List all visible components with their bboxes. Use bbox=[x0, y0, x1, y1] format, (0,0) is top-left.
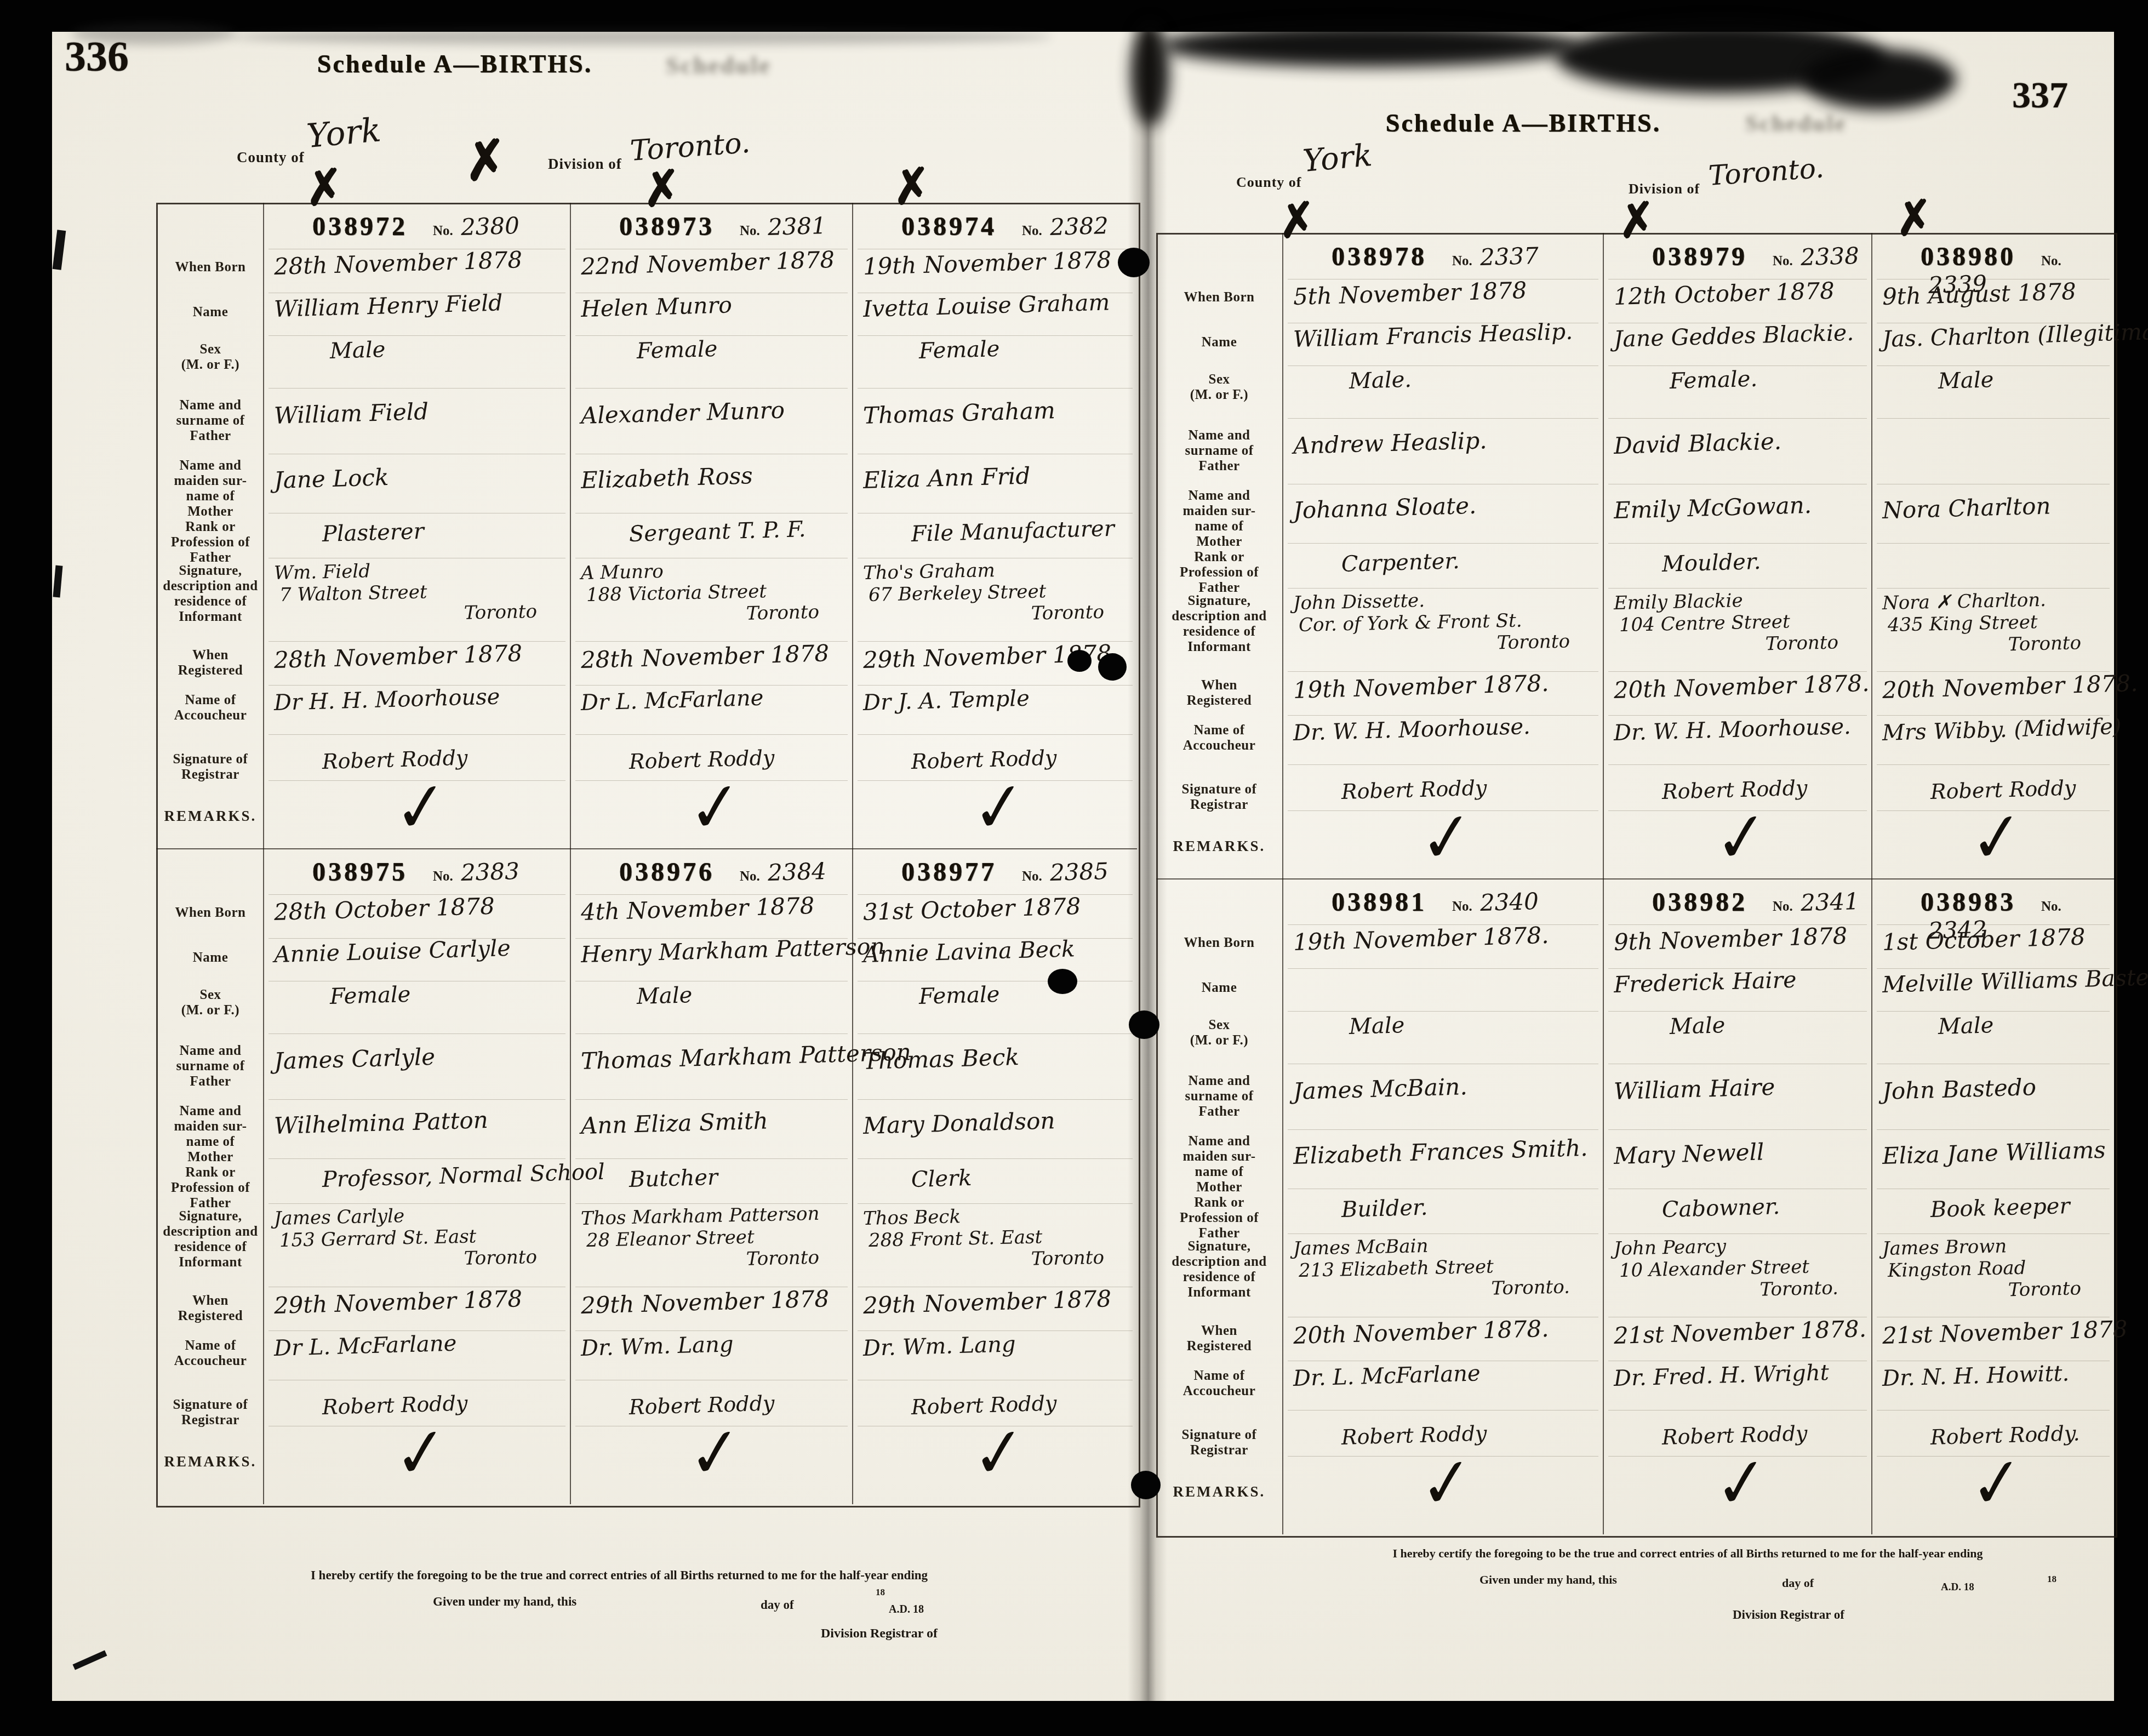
sex-value: Male bbox=[636, 983, 693, 1009]
field-label-line: Name bbox=[1158, 980, 1280, 996]
ruled-line bbox=[858, 335, 1133, 336]
field-label-line: Father bbox=[159, 429, 262, 444]
field-label-line: Name of bbox=[159, 693, 262, 708]
father-name-value: John Bastedo bbox=[1882, 1073, 2036, 1105]
father-profession: Builder. bbox=[1284, 1197, 1601, 1223]
mother-name: Jane Lock bbox=[265, 467, 568, 494]
father-profession-value: Professor, Normal School bbox=[322, 1160, 605, 1192]
field-label-line: Sex bbox=[159, 987, 262, 1003]
field-label-line: Name and bbox=[1158, 488, 1280, 504]
field-label-line: Sex bbox=[159, 342, 262, 357]
field-label: Name ofAccoucheur bbox=[1158, 1368, 1280, 1399]
ruled-line bbox=[268, 981, 565, 981]
child-name-value: Annie Louise Carlyle bbox=[273, 935, 511, 968]
birth-record-cell: 038978No.23375th November 1878William Fr… bbox=[1284, 237, 1601, 862]
ruled-line bbox=[1608, 1129, 1867, 1130]
field-label-line: Registered bbox=[1158, 1339, 1280, 1354]
when-born: 12th October 1878 bbox=[1605, 283, 1869, 310]
ruled-line bbox=[1288, 764, 1598, 765]
record-no-value: 2380 bbox=[460, 212, 519, 241]
field-label-line: name of bbox=[159, 489, 262, 504]
field-label-line: Rank or bbox=[1158, 1195, 1280, 1210]
mother-name-value: Mary Donaldson bbox=[862, 1107, 1055, 1139]
field-label-line: Registered bbox=[1158, 693, 1280, 709]
when-registered-value: 20th November 1878. bbox=[1882, 670, 2138, 704]
field-label: Name andsurname ofFather bbox=[159, 1043, 262, 1089]
check-flourish: ✗ bbox=[1275, 191, 1319, 249]
sex-value: Female bbox=[636, 336, 718, 364]
field-label-line: When Born bbox=[159, 905, 262, 921]
father-name: John Bastedo bbox=[1873, 1078, 2112, 1105]
ruled-line bbox=[1608, 366, 1867, 366]
field-label: Signature ofRegistrar bbox=[1158, 1427, 1280, 1458]
ruled-line bbox=[1288, 715, 1598, 716]
field-label: REMARKS. bbox=[1158, 838, 1280, 854]
remarks: ✓ bbox=[265, 781, 568, 833]
field-label-line: (M. or F.) bbox=[1158, 1033, 1280, 1048]
father-name: Thomas Beck bbox=[854, 1048, 1135, 1075]
ruled-line bbox=[858, 1380, 1133, 1380]
field-label-line: Name and bbox=[1158, 1134, 1280, 1149]
ruled-line bbox=[268, 1158, 565, 1159]
ruled-line bbox=[575, 1380, 848, 1380]
informant: James BrownKingston RoadToronto bbox=[1873, 1238, 2112, 1304]
mother-name: Elizabeth Frances Smith. bbox=[1284, 1143, 1601, 1169]
field-label-line: (M. or F.) bbox=[159, 357, 262, 373]
field-label-line: maiden sur- bbox=[159, 473, 262, 489]
field-label-column: When BornNameSex(M. or F.)Name andsurnam… bbox=[159, 853, 262, 1477]
mother-name: Johanna Sloate. bbox=[1284, 497, 1601, 524]
ruled-line bbox=[1877, 1129, 2110, 1130]
father-name-value: Alexander Munro bbox=[580, 397, 785, 429]
field-label-line: Name and bbox=[159, 458, 262, 473]
child-name-value: Helen Munro bbox=[580, 292, 732, 322]
ruled-line bbox=[1877, 1064, 2110, 1064]
father-name: James McBain. bbox=[1284, 1078, 1601, 1105]
record-id-row: 038978No.2337 bbox=[1284, 242, 1601, 272]
ruled-line bbox=[575, 981, 848, 981]
ruled-line bbox=[1608, 543, 1867, 544]
field-label-line: Name of bbox=[159, 1338, 262, 1354]
remarks-checkmark: ✓ bbox=[970, 776, 1027, 838]
accoucheur-name: Dr. W. H. Moorhouse. bbox=[1284, 721, 1601, 746]
sex: Male. bbox=[1284, 369, 1601, 394]
accoucheur-name: Dr. W. H. Moorhouse. bbox=[1605, 721, 1869, 746]
birth-record-cell: 038972No.238028th November 1878William H… bbox=[265, 207, 568, 832]
field-label-line: Accoucheur bbox=[159, 1354, 262, 1369]
ruled-line bbox=[858, 454, 1133, 454]
record-id-stamp: 038983 bbox=[1921, 888, 2016, 917]
father-name: William Haire bbox=[1605, 1078, 1869, 1105]
informant-line: Toronto. bbox=[1614, 1276, 1870, 1304]
father-profession: Butcher bbox=[572, 1167, 850, 1192]
father-profession-value: Carpenter. bbox=[1341, 549, 1460, 577]
field-label-line: Registered bbox=[159, 1309, 262, 1324]
field-label: Name andmaiden sur-name ofMother bbox=[1158, 1134, 1280, 1195]
informant: James McBain213 Elizabeth StreetToronto. bbox=[1284, 1238, 1601, 1304]
field-label-line: Rank or bbox=[159, 1165, 262, 1180]
father-profession: Book keeper bbox=[1873, 1197, 2112, 1223]
field-label-line: residence of bbox=[159, 1240, 262, 1255]
field-label-line: Mother bbox=[1158, 1180, 1280, 1195]
birth-record-cell: 038973No.238122nd November 1878Helen Mun… bbox=[572, 207, 850, 832]
field-label: Sex(M. or F.) bbox=[1158, 1018, 1280, 1048]
ruled-line bbox=[858, 685, 1133, 686]
check-flourish: ✗ bbox=[1892, 189, 1936, 247]
field-label-line: Registrar bbox=[159, 767, 262, 783]
remarks-checkmark: ✓ bbox=[970, 1422, 1027, 1483]
field-label: Name andmaiden sur-name ofMother bbox=[159, 458, 262, 519]
ruled-line bbox=[858, 981, 1133, 981]
field-label-line: Profession of bbox=[159, 1180, 262, 1196]
field-label: Signature ofRegistrar bbox=[1158, 782, 1280, 813]
child-name: William Henry Field bbox=[265, 296, 568, 322]
ruled-line bbox=[1608, 1410, 1867, 1410]
when-registered: 20th November 1878. bbox=[1605, 677, 1869, 704]
ruled-line bbox=[268, 388, 565, 389]
when-born: 22nd November 1878 bbox=[572, 253, 850, 280]
record-no-label: No. bbox=[1773, 254, 1793, 269]
field-label-line: maiden sur- bbox=[1158, 504, 1280, 519]
ruled-line bbox=[1608, 1189, 1867, 1189]
ruled-line bbox=[268, 1099, 565, 1100]
father-name: William Field bbox=[265, 402, 568, 429]
field-label-line: maiden sur- bbox=[1158, 1149, 1280, 1164]
accoucheur-name: Dr. L. McFarlane bbox=[1284, 1366, 1601, 1391]
mother-name-value: Elizabeth Ross bbox=[580, 462, 753, 494]
sex-value: Male bbox=[329, 337, 386, 364]
when-registered-value: 20th November 1878. bbox=[1293, 1315, 1549, 1349]
ruled-line bbox=[858, 1330, 1133, 1331]
father-profession-value: Sergeant T. P. F. bbox=[629, 517, 806, 547]
column-line bbox=[570, 203, 571, 1504]
given-text-right: Given under my hand, this bbox=[1479, 1573, 1617, 1587]
father-profession-value: Plasterer bbox=[322, 519, 424, 547]
when-born: 28th October 1878 bbox=[265, 899, 568, 926]
record-no-label: No. bbox=[1452, 254, 1472, 269]
field-label-line: description and bbox=[159, 1224, 262, 1240]
field-label-line: Signature, bbox=[159, 1209, 262, 1224]
ruled-line bbox=[1288, 671, 1598, 672]
remarks-checkmark: ✓ bbox=[687, 776, 744, 838]
ruled-line bbox=[1288, 418, 1598, 419]
father-profession: Professor, Normal School bbox=[265, 1167, 568, 1192]
ruled-line bbox=[1288, 968, 1598, 969]
schedule-title-right: Schedule A—BIRTHS. bbox=[1310, 108, 1737, 138]
accoucheur-name-value: Dr. W. H. Moorhouse. bbox=[1293, 714, 1530, 746]
registrar-signature-value: Robert Roddy bbox=[911, 746, 1057, 774]
accoucheur-name: Dr. Wm. Lang bbox=[854, 1336, 1135, 1361]
field-label-line: description and bbox=[1158, 1254, 1280, 1270]
record-id-stamp: 038975 bbox=[312, 858, 408, 887]
when-registered: 29th November 1878 bbox=[854, 1292, 1135, 1319]
when-born-value: 22nd November 1878 bbox=[580, 246, 835, 280]
when-born: 5th November 1878 bbox=[1284, 283, 1601, 310]
child-name bbox=[1284, 972, 1601, 981]
informant: Nora ✗ Charlton.435 King StreetToronto bbox=[1873, 592, 2112, 658]
division-registrar-right: Division Registrar of bbox=[1733, 1608, 1844, 1622]
birth-record-cell: 038980No.23399th August 1878Jas. Charlto… bbox=[1873, 237, 2112, 862]
ruled-line bbox=[575, 1099, 848, 1100]
record-no-value: 2337 bbox=[1479, 242, 1539, 271]
field-label-line: Name of bbox=[1158, 1368, 1280, 1384]
field-label-line: Rank or bbox=[1158, 550, 1280, 565]
birth-record-cell: 038981No.234019th November 1878.MaleJame… bbox=[1284, 883, 1601, 1507]
field-label: Name andsurname ofFather bbox=[159, 398, 262, 444]
mother-name: Eliza Jane Williams bbox=[1873, 1143, 2112, 1169]
column-line bbox=[852, 203, 853, 1504]
informant: Emily Blackie104 Centre StreetToronto bbox=[1605, 592, 1869, 658]
field-label: Name andsurname ofFather bbox=[1158, 1073, 1280, 1120]
record-id-stamp: 038977 bbox=[901, 858, 997, 887]
when-born-value: 28th October 1878 bbox=[273, 893, 495, 926]
field-label-line: Name bbox=[159, 305, 262, 320]
county-label-right: County of bbox=[1236, 174, 1302, 191]
father-name: Thomas Graham bbox=[854, 402, 1135, 429]
when-registered: 19th November 1878. bbox=[1284, 677, 1601, 704]
field-label: REMARKS. bbox=[159, 808, 262, 824]
field-label: Signature,description andresidence ofInf… bbox=[159, 1209, 262, 1270]
ruled-line bbox=[1288, 1317, 1598, 1317]
field-label-line: (M. or F.) bbox=[159, 1003, 262, 1018]
mother-name: Wilhelmina Patton bbox=[265, 1112, 568, 1139]
field-label-line: name of bbox=[1158, 519, 1280, 534]
field-label-line: REMARKS. bbox=[159, 808, 262, 824]
field-label-line: When Born bbox=[1158, 935, 1280, 951]
birth-record-cell: 038979No.233812th October 1878Jane Gedde… bbox=[1605, 237, 1869, 862]
when-born: 19th November 1878. bbox=[1284, 929, 1601, 956]
sex-value: Male bbox=[1349, 1013, 1405, 1040]
ruled-line bbox=[575, 1033, 848, 1034]
field-label-line: Registrar bbox=[159, 1413, 262, 1428]
registrar-signature-value: Robert Roddy bbox=[629, 746, 775, 774]
child-name: Helen Munro bbox=[572, 296, 850, 322]
father-name-value: William Field bbox=[273, 398, 429, 429]
registrar-signature-value: Robert Roddy bbox=[629, 1391, 775, 1419]
record-id-stamp: 038979 bbox=[1652, 242, 1747, 271]
field-label-line: name of bbox=[1158, 1164, 1280, 1180]
record-no-value: 2340 bbox=[1479, 888, 1539, 916]
record-no-label: No. bbox=[1773, 899, 1793, 914]
ruled-line bbox=[1877, 1189, 2110, 1189]
mother-name-value: Mary Newell bbox=[1613, 1138, 1764, 1169]
field-label: Name ofAccoucheur bbox=[159, 693, 262, 723]
father-profession-value: Moulder. bbox=[1661, 549, 1761, 577]
check-flourish: ✗ bbox=[1615, 191, 1659, 249]
field-label-line: residence of bbox=[1158, 624, 1280, 639]
record-no-label: No. bbox=[740, 869, 760, 884]
day-of-text-left: day of bbox=[761, 1598, 794, 1612]
informant: Thos Beck288 Front St. EastToronto bbox=[854, 1208, 1135, 1274]
ruled-line bbox=[1288, 1129, 1598, 1130]
ruled-line bbox=[858, 734, 1133, 735]
remarks: ✓ bbox=[1284, 1457, 1601, 1509]
accoucheur-name-value: Mrs Wibby. (Midwife) bbox=[1882, 714, 2122, 746]
field-label-line: Accoucheur bbox=[1158, 1384, 1280, 1399]
birth-record-cell: 038975No.238328th October 1878Annie Loui… bbox=[265, 853, 568, 1477]
ruled-line bbox=[858, 388, 1133, 389]
remarks-checkmark: ✓ bbox=[1419, 807, 1476, 868]
field-label-column: When BornNameSex(M. or F.)Name andsurnam… bbox=[159, 207, 262, 832]
mother-name: Mary Donaldson bbox=[854, 1112, 1135, 1139]
accoucheur-name-value: Dr. Wm. Lang bbox=[862, 1332, 1016, 1361]
when-registered-value: 21st November 1878 bbox=[1882, 1316, 2128, 1349]
when-born: 19th November 1878 bbox=[854, 253, 1135, 280]
field-label-line: surname of bbox=[1158, 1089, 1280, 1104]
ruled-line bbox=[1288, 366, 1598, 366]
remarks: ✓ bbox=[572, 1427, 850, 1478]
field-label: Sex(M. or F.) bbox=[159, 342, 262, 373]
when-born-value: 9th November 1878 bbox=[1613, 922, 1848, 956]
record-id-stamp: 038973 bbox=[619, 212, 715, 241]
ruled-line bbox=[1288, 1189, 1598, 1189]
record-id-stamp: 038976 bbox=[619, 858, 715, 887]
field-label: WhenRegistered bbox=[1158, 678, 1280, 709]
ruled-line bbox=[1608, 484, 1867, 484]
ruled-line bbox=[1877, 484, 2110, 484]
when-born-value: 28th November 1878 bbox=[273, 246, 522, 280]
field-label-line: Informant bbox=[159, 1255, 262, 1270]
ruled-line bbox=[268, 685, 565, 686]
record-no-value: 2385 bbox=[1049, 858, 1109, 886]
accoucheur-name-value: Dr L. McFarlane bbox=[580, 686, 763, 716]
record-id-stamp: 038978 bbox=[1332, 242, 1427, 271]
informant: Tho's Graham67 Berkeley StreetToronto bbox=[854, 562, 1135, 628]
ruled-line bbox=[575, 388, 848, 389]
child-name: Frederick Haire bbox=[1605, 972, 1869, 998]
accoucheur-name: Dr L. McFarlane bbox=[265, 1336, 568, 1361]
sex: Female bbox=[572, 339, 850, 364]
child-name: Jane Geddes Blackie. bbox=[1605, 326, 1869, 352]
when-born: 1st October 1878 bbox=[1873, 929, 2112, 956]
field-label-line: Signature, bbox=[159, 563, 262, 579]
ruled-line bbox=[268, 1033, 565, 1034]
sex-value: Male bbox=[1669, 1013, 1726, 1040]
record-id-row: 038981No.2340 bbox=[1284, 887, 1601, 917]
field-label-line: Name and bbox=[1158, 428, 1280, 443]
field-label: When Born bbox=[159, 905, 262, 921]
field-label-line: Signature of bbox=[159, 752, 262, 767]
ruled-line bbox=[858, 513, 1133, 513]
informant: A Munro188 Victoria StreetToronto bbox=[572, 562, 850, 628]
accoucheur-name: Dr. N. H. Howitt. bbox=[1873, 1366, 2112, 1391]
accoucheur-name-value: Dr J. A. Temple bbox=[862, 686, 1030, 716]
field-label: Name bbox=[159, 950, 262, 966]
when-registered: 28th November 1878 bbox=[572, 647, 850, 673]
column-line bbox=[1871, 233, 1872, 1534]
sex-value: Female. bbox=[1669, 367, 1757, 394]
father-profession-value: Clerk bbox=[911, 1166, 972, 1192]
child-name: Ivetta Louise Graham bbox=[854, 296, 1135, 322]
birth-record-cell: 038974No.238219th November 1878Ivetta Lo… bbox=[854, 207, 1135, 832]
sex: Female bbox=[854, 339, 1135, 364]
record-no-label: No. bbox=[2041, 254, 2061, 269]
father-profession-value: Cabowner. bbox=[1661, 1194, 1780, 1223]
schedule-title-left: Schedule A—BIRTHS. bbox=[258, 49, 652, 78]
field-label-column: When BornNameSex(M. or F.)Name andsurnam… bbox=[1158, 883, 1280, 1507]
sex: Male bbox=[1873, 369, 2112, 394]
ruled-line bbox=[1877, 543, 2110, 544]
field-label-line: REMARKS. bbox=[1158, 1483, 1280, 1500]
field-label-line: Signature of bbox=[1158, 782, 1280, 797]
ruled-line bbox=[1288, 1410, 1598, 1410]
field-label-line: Sex bbox=[1158, 372, 1280, 387]
ruled-line bbox=[858, 1158, 1133, 1159]
ruled-line bbox=[268, 734, 565, 735]
when-born-value: 5th November 1878 bbox=[1293, 277, 1527, 310]
ruled-line bbox=[1288, 1011, 1598, 1012]
informant-line: Toronto bbox=[1614, 631, 1870, 658]
field-label: Sex(M. or F.) bbox=[1158, 372, 1280, 403]
child-name-value: Ivetta Louise Graham bbox=[862, 289, 1110, 322]
field-label-line: Signature, bbox=[1158, 593, 1280, 609]
field-label-line: Accoucheur bbox=[159, 708, 262, 723]
accoucheur-name-value: Dr L. McFarlane bbox=[273, 1331, 456, 1361]
when-born-value: 1st October 1878 bbox=[1882, 923, 2086, 956]
field-label-line: Registered bbox=[159, 663, 262, 678]
father-profession-value: Butcher bbox=[629, 1164, 718, 1192]
remarks-checkmark: ✓ bbox=[392, 776, 449, 838]
child-name-value: William Francis Heaslip. bbox=[1293, 318, 1573, 352]
punch-hole bbox=[1098, 653, 1127, 681]
sex: Male bbox=[1605, 1014, 1869, 1040]
record-no-label: No. bbox=[1452, 899, 1472, 914]
father-name-value: James Carlyle bbox=[273, 1043, 435, 1075]
remarks-checkmark: ✓ bbox=[1969, 1452, 2026, 1514]
accoucheur-name: Dr L. McFarlane bbox=[572, 690, 850, 716]
when-registered-value: 28th November 1878 bbox=[273, 639, 522, 673]
county-label-left: County of bbox=[237, 149, 305, 166]
accoucheur-name: Dr H. H. Moorhouse bbox=[265, 690, 568, 716]
record-no-value: 2338 bbox=[1800, 242, 1859, 271]
father-name: Alexander Munro bbox=[572, 402, 850, 429]
field-label: When Born bbox=[1158, 290, 1280, 305]
record-no-label: No. bbox=[2041, 899, 2061, 914]
when-born-value: 9th August 1878 bbox=[1882, 278, 2076, 310]
field-label-line: When bbox=[1158, 678, 1280, 693]
ruled-line bbox=[575, 454, 848, 454]
child-name: Annie Louise Carlyle bbox=[265, 941, 568, 968]
field-label-line: Informant bbox=[159, 609, 262, 625]
ruled-line bbox=[1877, 1011, 2110, 1012]
when-registered: 20th November 1878. bbox=[1873, 677, 2112, 704]
scan-smudge bbox=[1803, 49, 1956, 110]
field-label-line: Profession of bbox=[159, 535, 262, 550]
accoucheur-name: Mrs Wibby. (Midwife) bbox=[1873, 721, 2112, 746]
ruled-line bbox=[1608, 764, 1867, 765]
informant: Wm. Field7 Walton StreetToronto bbox=[265, 562, 568, 628]
remarks-checkmark: ✓ bbox=[1969, 807, 2026, 868]
field-label-line: Profession of bbox=[1158, 1210, 1280, 1226]
field-label: Name ofAccoucheur bbox=[1158, 723, 1280, 753]
field-label: Name ofAccoucheur bbox=[159, 1338, 262, 1369]
ad-text-left: A.D. 18 bbox=[889, 1603, 924, 1616]
remarks-checkmark: ✓ bbox=[1713, 1452, 1770, 1514]
ruled-line bbox=[858, 1099, 1133, 1100]
field-label-line: Signature of bbox=[159, 1397, 262, 1413]
field-label: Name bbox=[159, 305, 262, 320]
record-no-label: No. bbox=[1022, 869, 1042, 884]
remarks: ✓ bbox=[265, 1427, 568, 1478]
when-born-value: 31st October 1878 bbox=[862, 893, 1081, 926]
sex-value: Female bbox=[918, 982, 1000, 1009]
ruled-line bbox=[575, 1330, 848, 1331]
row-group-divider bbox=[1156, 878, 2114, 880]
father-profession bbox=[1873, 552, 2112, 562]
record-id-row: 038973No.2381 bbox=[572, 212, 850, 242]
record-id-row: 038974No.2382 bbox=[854, 212, 1135, 242]
birth-record-cell: 038977No.238531st October 1878Annie Lavi… bbox=[854, 853, 1135, 1477]
